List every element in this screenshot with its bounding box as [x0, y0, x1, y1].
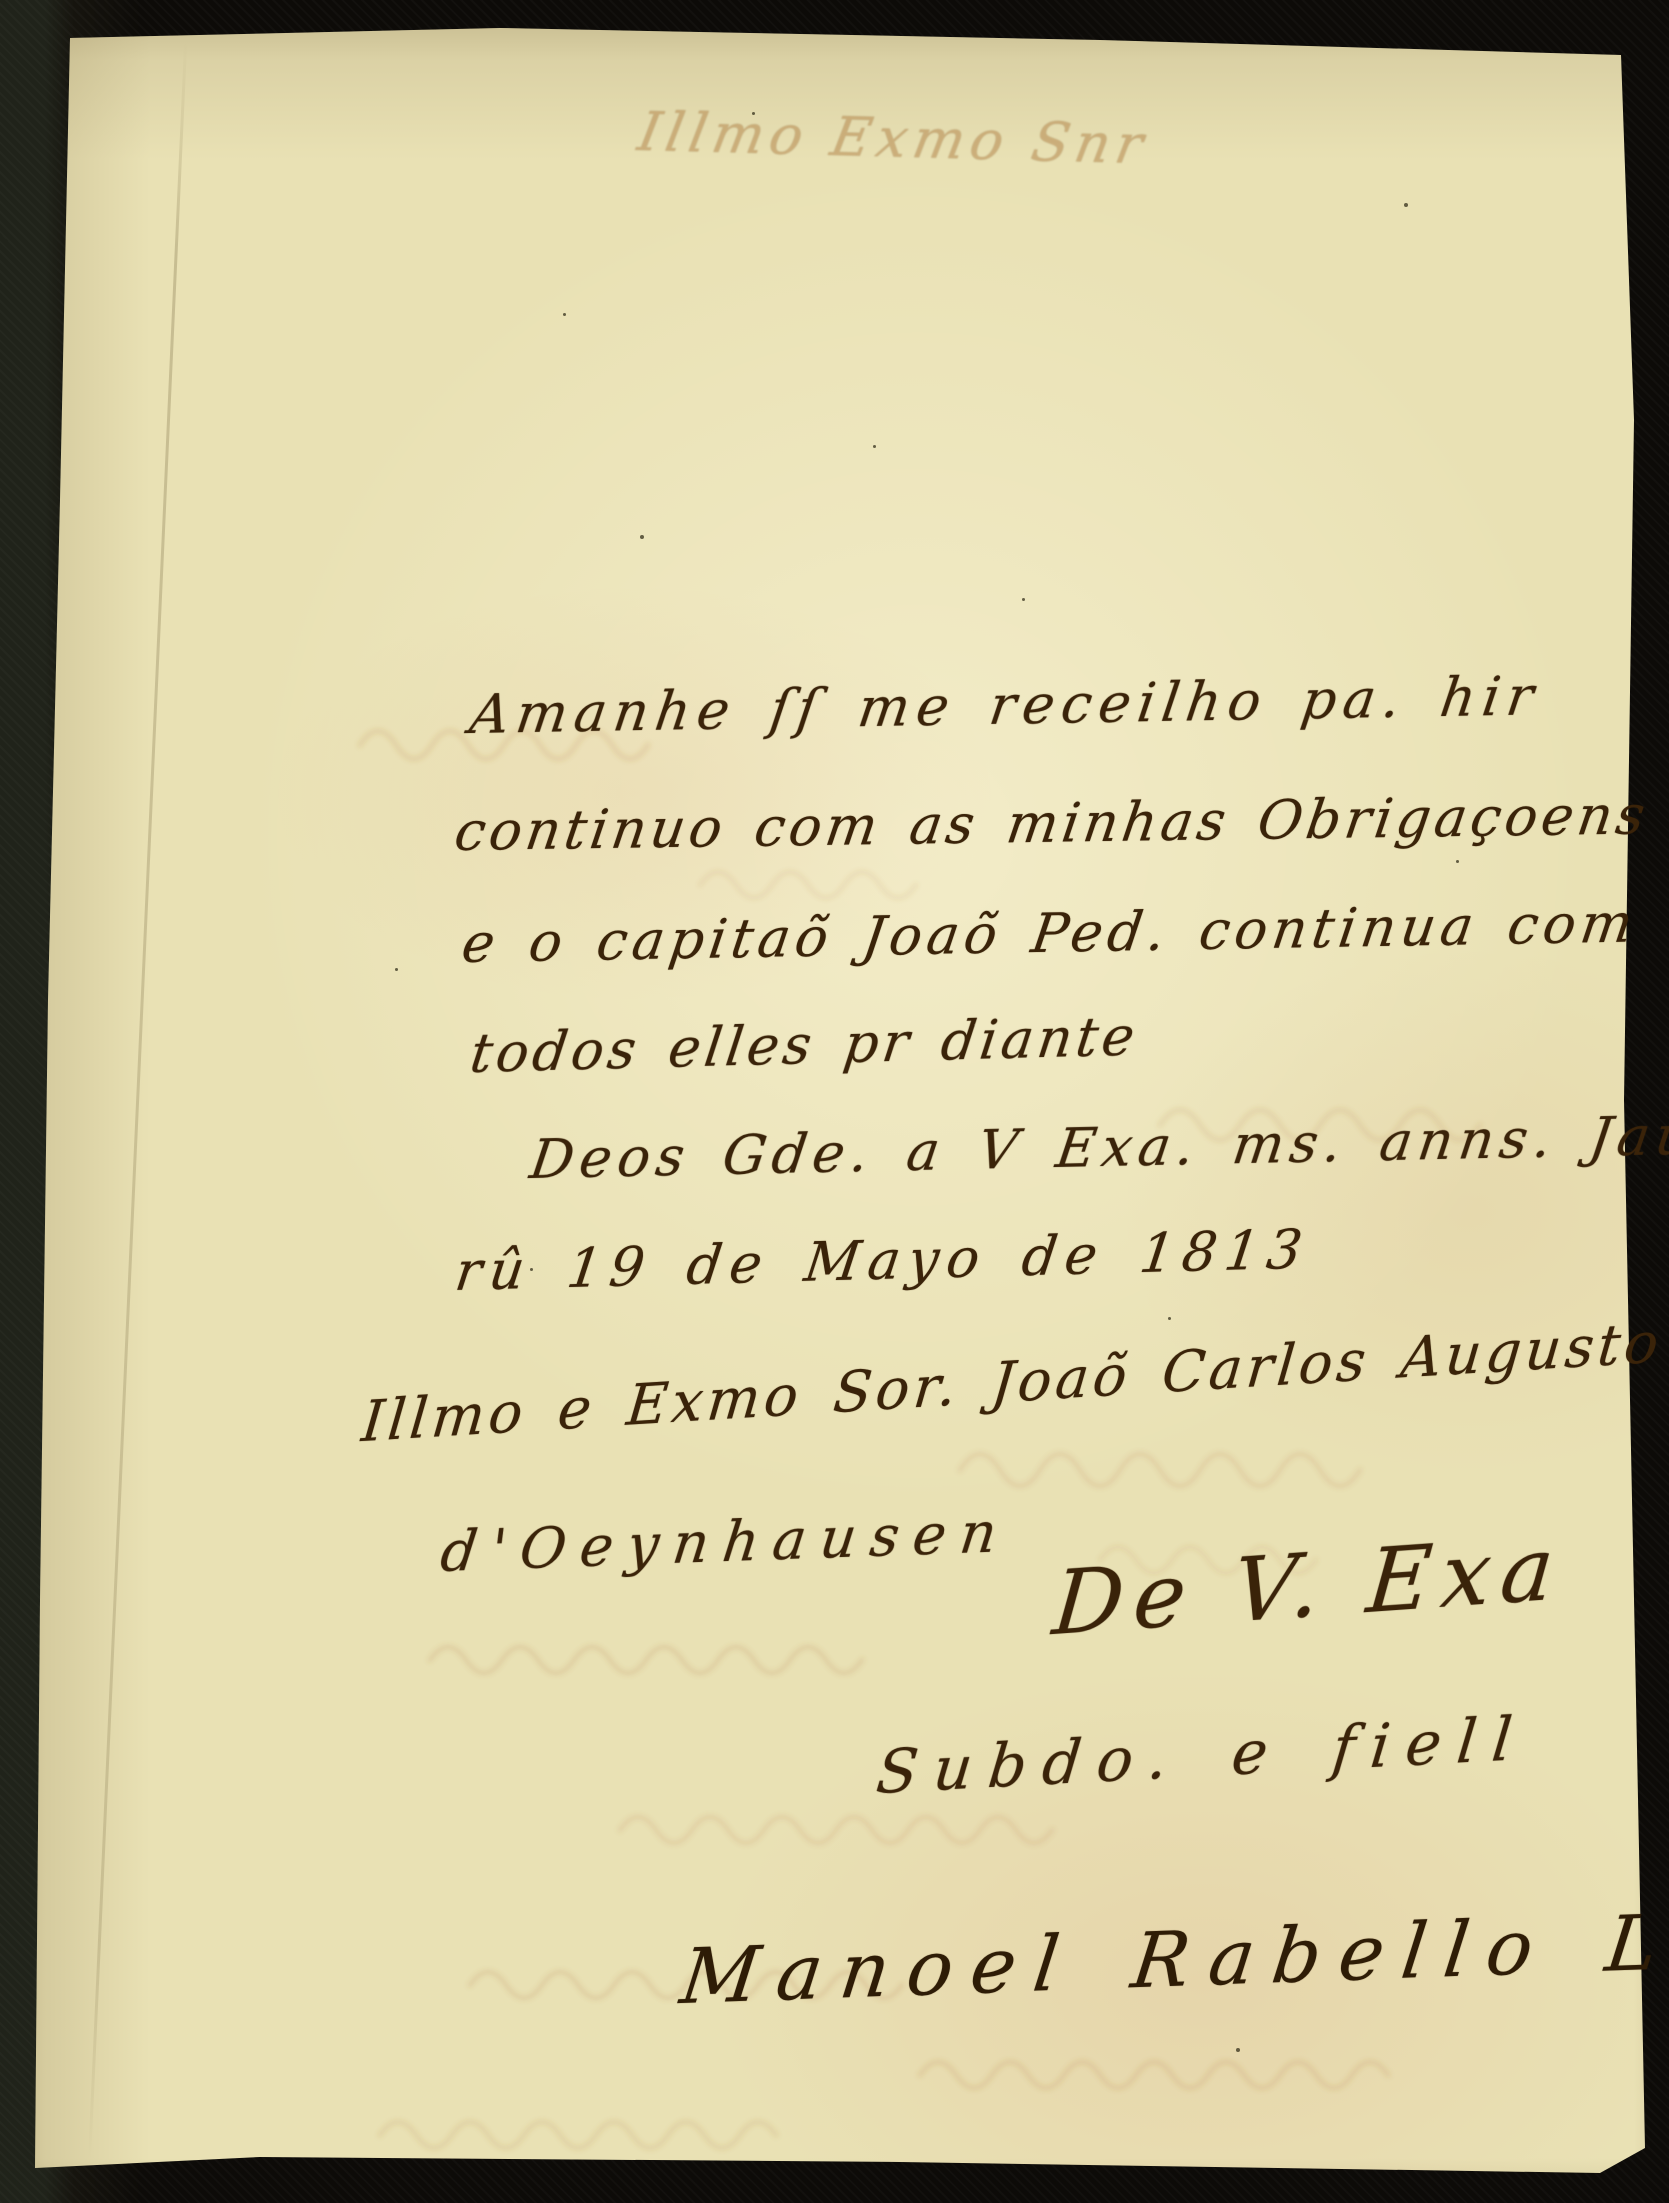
- manuscript-scan: Illmo Exmo Snr Amanhe ſſ me receilho pa.…: [0, 0, 1669, 2203]
- faded-heading-text: Illmo Exmo Snr: [633, 100, 1154, 176]
- faded-heading: Illmo Exmo Snr: [638, 100, 1149, 176]
- bleed-through-marks: [0, 0, 1669, 2203]
